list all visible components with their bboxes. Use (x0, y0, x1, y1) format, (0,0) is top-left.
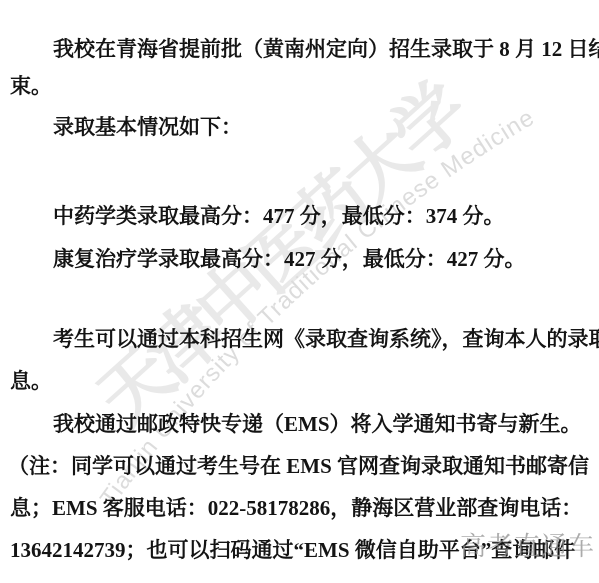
doc-line-5-kangfu-scores: 康复治疗学录取最高分：427 分，最低分：427 分。 (53, 243, 526, 273)
doc-line-3: 录取基本情况如下： (53, 111, 242, 141)
doc-line-10-phone: 息；EMS 客服电话：022-58178286，静海区营业部查询电话： (10, 492, 582, 522)
doc-line-1: 我校在青海省提前批（黄南州定向）招生录取于 8 月 12 日结 (53, 33, 599, 63)
doc-line-8-ems-notice: 我校通过邮政特快专递（EMS）将入学通知书寄与新生。 (53, 408, 582, 438)
doc-line-4-zhongyao-scores: 中药学类录取最高分：477 分，最低分：374 分。 (53, 200, 505, 230)
doc-line-6: 考生可以通过本科招生网《录取查询系统》，查询本人的录取信 (53, 323, 599, 353)
doc-line-2: 束。 (10, 70, 52, 100)
admission-notice-document: 天津中医药大学 Tianjin University of Traditiona… (0, 0, 599, 583)
doc-line-11-phone2: 13642142739；也可以扫码通过“EMS 微信自助平台”查询邮件 (10, 534, 575, 564)
doc-line-9-note: （注：同学可以通过考生号在 EMS 官网查询录取通知书邮寄信 (8, 450, 589, 480)
doc-line-7: 息。 (10, 365, 52, 395)
